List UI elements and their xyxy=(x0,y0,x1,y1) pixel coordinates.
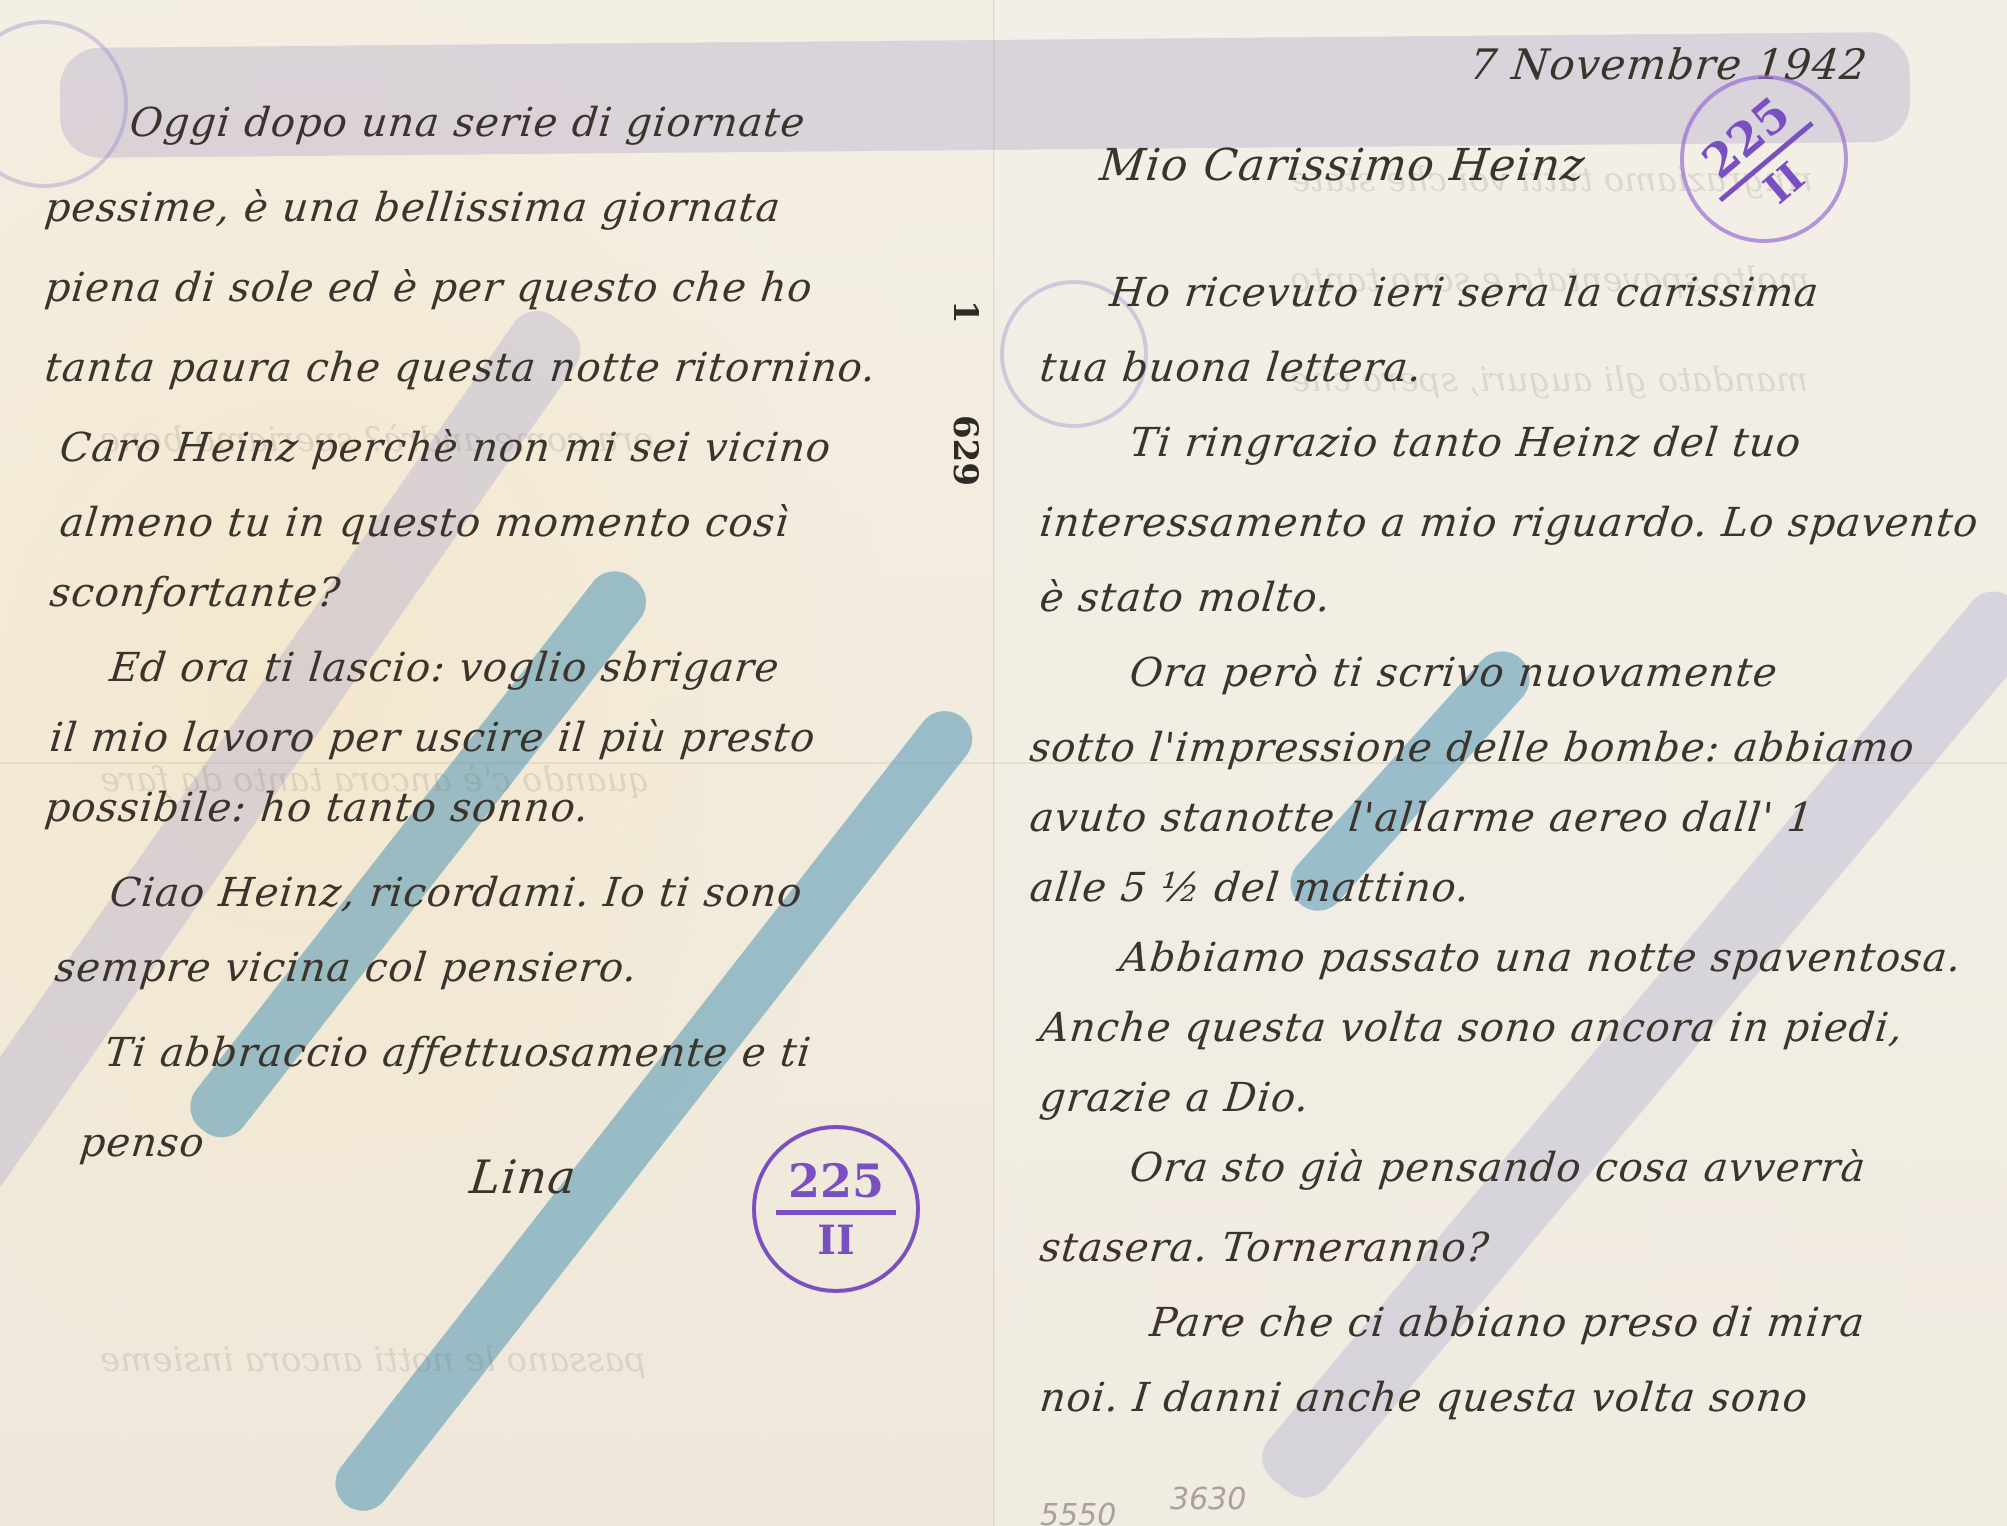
letter-line: interessamento a mio riguardo. Lo spaven… xyxy=(1038,500,1981,546)
letter-line: il mio lavoro per uscire il più presto xyxy=(48,715,818,761)
letter-line: Ora però ti scrivo nuovamente xyxy=(1128,650,1780,696)
letter-line: Pare che ci abbiano preso di mira xyxy=(1148,1300,1868,1346)
letter-line: Ora sto già pensando cosa avverrà xyxy=(1128,1145,1869,1191)
letter-line: tua buona lettera. xyxy=(1038,345,1425,391)
letter-line: Caro Heinz perchè non mi sei vicino xyxy=(58,425,834,471)
stamp-divider xyxy=(776,1210,896,1215)
letter-line: avuto stanotte l'allarme aereo dall' 1 xyxy=(1028,795,1817,841)
signature: Lina xyxy=(467,1150,579,1204)
letter-line: Ciao Heinz, ricordami. Io ti sono xyxy=(108,870,805,916)
letter-line: noi. I danni anche questa volta sono xyxy=(1038,1375,1811,1421)
letter-line: sotto l'impressione delle bombe: abbiamo xyxy=(1028,725,1917,771)
letter-line: Anche questa volta sono ancora in piedi, xyxy=(1038,1005,1906,1051)
letter-line: grazie a Dio. xyxy=(1038,1075,1312,1121)
pencil-note: 5550 xyxy=(1040,1498,1116,1526)
archive-number-bottom: 629 xyxy=(945,415,985,486)
salutation: Mio Carissimo Heinz xyxy=(1097,140,1587,191)
letter-line: tanta paura che questa notte ritornino. xyxy=(43,345,879,391)
letter-line: alle 5 ½ del mattino. xyxy=(1028,865,1473,911)
letter-line: possibile: ho tanto sonno. xyxy=(43,785,592,831)
letter-line: penso xyxy=(78,1120,207,1166)
letter-line: Abbiamo passato una notte spaventosa. xyxy=(1118,935,1964,981)
letter-line: pessime, è una bellissima giornata xyxy=(43,185,784,231)
stamp-sub: II xyxy=(817,1221,854,1261)
letter-line: Ti abbraccio affettuosamente e ti xyxy=(103,1030,814,1076)
letter-line: stasera. Torneranno? xyxy=(1038,1225,1492,1271)
letter-line: Ti ringrazio tanto Heinz del tuo xyxy=(1128,420,1804,466)
letter-line: Ed ora ti lascio: voglio sbrigare xyxy=(108,645,782,691)
censor-stamp-bottom: 225 II xyxy=(752,1125,920,1293)
letter-line: è stato molto. xyxy=(1038,575,1334,621)
letter-line: almeno tu in questo momento così xyxy=(58,500,792,546)
letter-line: Ho ricevuto ieri sera la carissima xyxy=(1108,270,1822,316)
letter-date: 7 Novembre 1942 xyxy=(1467,40,1870,89)
letter-line: sconfortante? xyxy=(48,570,343,616)
letter-line: Oggi dopo una serie di giornate xyxy=(128,100,808,146)
letter-line: sempre vicina col pensiero. xyxy=(53,945,640,991)
pencil-note: 3630 xyxy=(1170,1482,1246,1517)
stamp-number: 225 xyxy=(788,1158,884,1204)
archive-number-top: 1 xyxy=(945,300,985,324)
show-through-text: passano le notti ancora insieme xyxy=(100,1340,646,1380)
letter-line: piena di sole ed è per questo che ho xyxy=(43,265,815,311)
